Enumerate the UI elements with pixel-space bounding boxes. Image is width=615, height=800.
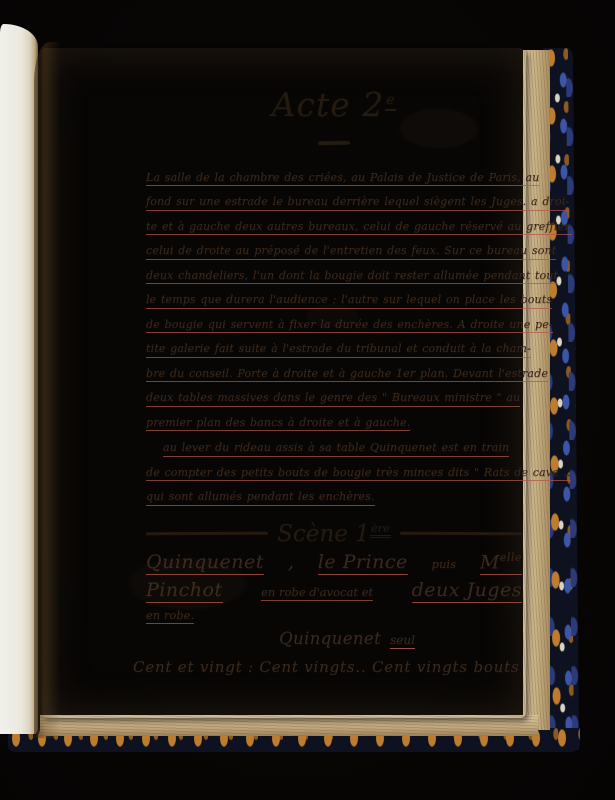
- character-name-pinchot: Pinchot: [146, 579, 223, 603]
- stage-directions-paragraph-1: La salle de la chambre des criées, au Pa…: [146, 166, 522, 436]
- cast-costume-note-2: en robe.: [146, 608, 194, 625]
- scene-heading: Scène 1ère: [277, 521, 391, 547]
- character-name-melle: Melle: [480, 551, 522, 575]
- act-ordinal: e: [385, 94, 396, 111]
- cast-conjunction: puis: [432, 557, 456, 571]
- book-photo: Acte 2e La salle de la chambre des criée…: [0, 0, 615, 800]
- stage-direction-line: qui sont allumés pendant les enchères.: [146, 485, 522, 510]
- cast-separator: ,: [288, 551, 294, 573]
- stage-direction-line: de compter des petits bouts de bougie tr…: [146, 461, 522, 486]
- melle-superscript: elle: [500, 551, 522, 564]
- stage-direction-line: tite galerie fait suite à l'estrade du t…: [146, 337, 522, 362]
- scene-heading-rule-left: [146, 532, 268, 535]
- character-name-quinquenet: Quinquenet: [146, 551, 264, 575]
- facing-page-edge: [0, 24, 38, 734]
- page-fore-edge-right: [523, 50, 550, 730]
- speaker-name: Quinquenet: [279, 629, 381, 648]
- scene-title: Scène 1: [277, 521, 370, 547]
- manuscript-content: Acte 2e La salle de la chambre des criée…: [146, 48, 522, 676]
- stage-direction-line: fond sur une estrade le bureau derrière …: [146, 190, 522, 215]
- stage-directions-paragraph-2: au lever du rideau assis à sa table Quin…: [146, 436, 522, 510]
- act-heading: Acte 2e: [146, 84, 522, 126]
- stage-direction-line: bre du conseil. Porte à droite et à gauc…: [146, 362, 522, 387]
- stage-direction-line: La salle de la chambre des criées, au Pa…: [146, 166, 522, 191]
- stage-direction-line: celui de droite au préposé de l'entretie…: [146, 239, 522, 264]
- stage-direction-line: premier plan des bancs à droite et à gau…: [146, 411, 522, 436]
- speaker-stage-note: seul: [390, 633, 415, 649]
- scene-heading-rule-right: [400, 532, 522, 535]
- stage-direction-line: le temps que durera l'audience ; l'autre…: [146, 288, 522, 313]
- scene-ordinal: ère: [370, 523, 391, 539]
- speaker-row: Quinquenet seul: [172, 629, 522, 655]
- stage-direction-line: deux chandeliers, l'un dont la bougie do…: [146, 264, 522, 289]
- page-fore-edge-bottom: [40, 715, 538, 736]
- stage-direction-line: deux tables massives dans le genre des "…: [146, 386, 522, 411]
- stage-direction-line: au lever du rideau assis à sa table Quin…: [146, 436, 522, 461]
- heading-underline-dash: [318, 141, 350, 145]
- dialogue-line: Cent et vingt : Cent vingts.. Cent vingt…: [133, 658, 522, 676]
- act-title: Acte 2: [272, 85, 385, 124]
- manuscript-page: Acte 2e La salle de la chambre des criée…: [42, 48, 526, 718]
- cast-list-line-2: Pinchot en robe d'avocat et deux Juges: [146, 579, 522, 607]
- cast-list-line-3: en robe.: [146, 608, 522, 625]
- cast-costume-note: en robe d'avocat et: [261, 585, 373, 602]
- stage-direction-line: de bougie qui servent à fixer la durée d…: [146, 313, 522, 338]
- scene-heading-row: Scène 1ère: [146, 518, 522, 550]
- cast-list-line-1: Quinquenet, le Prince puis Melle: [146, 551, 522, 579]
- stage-direction-line: te et à gauche deux autres bureaux, celu…: [146, 215, 522, 240]
- character-name-deux-juges: deux Juges: [412, 579, 522, 603]
- character-name-le-prince: le Prince: [318, 551, 408, 575]
